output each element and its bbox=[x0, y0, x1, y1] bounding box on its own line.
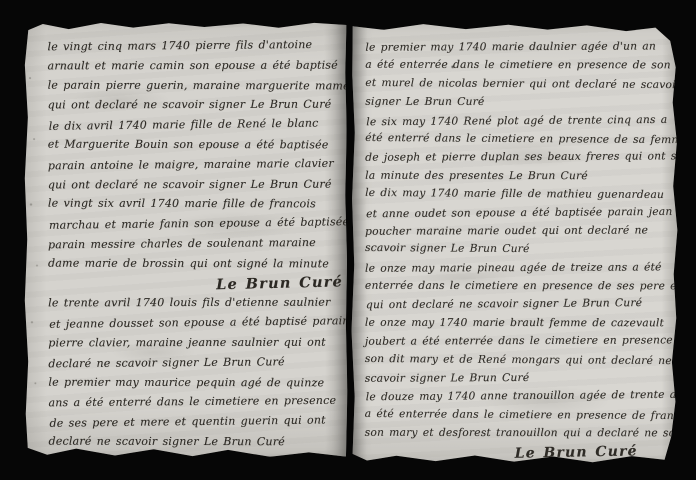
manuscript-line: qui ont declaré ne scavoir signer Le Bru… bbox=[48, 95, 348, 116]
manuscript-line: qui ont declaré ne scavoir signer Le Bru… bbox=[366, 294, 678, 315]
manuscript-line: parain messire charles de soulenant mara… bbox=[48, 233, 348, 255]
manuscript-line: le dix avril 1740 marie fille de René le… bbox=[49, 113, 349, 136]
manuscript-line: son dit mary et de René mongars qui ont … bbox=[365, 350, 677, 371]
manuscript-line: la minute des presentes Le Brun Curé bbox=[365, 166, 677, 185]
manuscript-line: et Marguerite Bouin son epouse a été bap… bbox=[48, 135, 348, 156]
manuscript-line: et murel de nicolas bernier qui ont decl… bbox=[365, 74, 677, 95]
manuscript-line: scavoir signer Le Brun Curé bbox=[365, 368, 677, 388]
signature-line: Le Brun Curé bbox=[216, 272, 348, 295]
scan-background: le vingt cinq mars 1740 pierre fils d'an… bbox=[0, 0, 696, 480]
manuscript-line: et jeanne dousset son epouse a été bapti… bbox=[49, 311, 349, 334]
manuscript-line: qui ont declaré ne scavoir signer Le Bru… bbox=[48, 174, 348, 195]
manuscript-line: pierre clavier, maraine jeanne saulnier … bbox=[48, 333, 348, 354]
manuscript-line: le dix may 1740 marie fille de mathieu g… bbox=[365, 184, 677, 205]
manuscript-line: arnault et marie camin son epouse a été … bbox=[48, 55, 348, 76]
manuscript-line: de ses pere et mere et quentin guerin qu… bbox=[49, 410, 349, 433]
manuscript-line: le trente avril 1740 louis fils d'etienn… bbox=[48, 293, 348, 314]
manuscript-line: le premier may maurice pequin agé de qui… bbox=[48, 372, 348, 393]
manuscript-line: signer Le Brun Curé bbox=[365, 93, 677, 112]
manuscript-line: a été enterrée dans le cimetiere en pres… bbox=[365, 56, 677, 75]
manuscript-line: été enterré dans le cimetiere en presenc… bbox=[365, 129, 677, 150]
manuscript-line: parain antoine le maigre, maraine marie … bbox=[48, 153, 348, 175]
manuscript-line: le douze may 1740 anne tranouillon agée … bbox=[366, 386, 678, 407]
manuscript-line: le vingt six avril 1740 marie fille de f… bbox=[48, 194, 348, 215]
signature-line: Le Brun Curé bbox=[514, 441, 676, 462]
manuscript-line: de joseph et pierre duplan ses beaux fre… bbox=[365, 148, 677, 168]
manuscript-line: scavoir signer Le Brun Curé bbox=[365, 239, 677, 260]
manuscript-line: a été enterrée dans le cimetiere en pres… bbox=[365, 405, 677, 426]
manuscript-line: et anne oudet son epouse a été baptisée … bbox=[366, 202, 678, 223]
manuscript-line: enterrée dans le cimetiere en presence d… bbox=[365, 277, 677, 296]
left-page: le vingt cinq mars 1740 pierre fils d'an… bbox=[23, 21, 347, 458]
manuscript-line: declaré ne scavoir signer Le Brun Curé bbox=[48, 351, 348, 373]
manuscript-line: le vingt cinq mars 1740 pierre fils d'an… bbox=[47, 35, 347, 57]
manuscript-line: le premier may 1740 marie daulnier agée … bbox=[365, 37, 677, 57]
manuscript-line: poucher maraine marie oudet qui ont decl… bbox=[365, 221, 677, 241]
manuscript-line: son mary et desforest tranouillon qui a … bbox=[365, 424, 677, 443]
manuscript-line: le onze may marie pineau agée de treize … bbox=[365, 258, 677, 278]
manuscript-line: le six may 1740 René plot agé de trente … bbox=[366, 110, 678, 131]
left-page-text: le vingt cinq mars 1740 pierre fils d'an… bbox=[47, 36, 348, 453]
right-page: le premier may 1740 marie daulnier agée … bbox=[351, 23, 679, 464]
right-page-text: le premier may 1740 marie daulnier agée … bbox=[365, 38, 678, 462]
manuscript-line: declaré ne scavoir signer Le Brun Curé bbox=[49, 432, 349, 453]
manuscript-line: joubert a été enterrée dans le cimetiere… bbox=[365, 332, 677, 352]
manuscript-line: le parain pierre guerin, maraine marguer… bbox=[48, 75, 348, 96]
manuscript-line: dame marie de brossin qui ont signé la m… bbox=[48, 253, 348, 274]
manuscript-line: le onze may 1740 marie brault femme de c… bbox=[365, 314, 677, 333]
